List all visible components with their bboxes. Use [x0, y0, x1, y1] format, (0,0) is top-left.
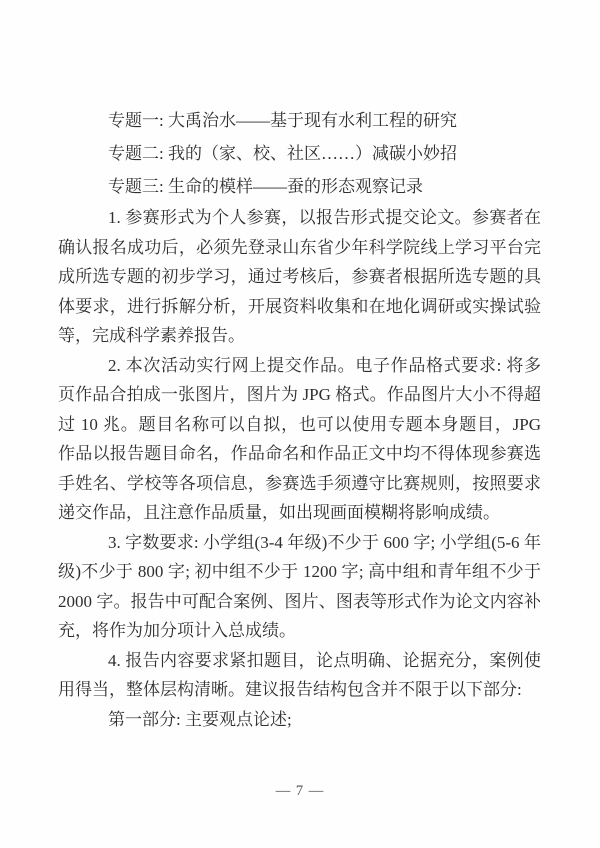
- topic-line-2: 专题二: 我的（家、校、社区……）减碳小妙招: [58, 137, 541, 170]
- paragraph-entry-format: 1. 参赛形式为个人参赛，以报告形式提交论文。参赛者在确认报名成功后，必须先登录…: [58, 203, 541, 351]
- paragraph-report-content: 4. 报告内容要求紧扣题目，论点明确、论据充分，案例使用得当，整体层构清晰。建议…: [58, 646, 541, 705]
- report-outline-item-1: 第一部分: 主要观点论述;: [58, 705, 541, 735]
- paragraph-word-count: 3. 字数要求: 小学组(3-4 年级)不少于 600 字; 小学组(5-6 年…: [58, 528, 541, 646]
- document-body: 专题一: 大禹治水——基于现有水利工程的研究 专题二: 我的（家、校、社区……）…: [58, 104, 541, 734]
- topic-line-1: 专题一: 大禹治水——基于现有水利工程的研究: [58, 104, 541, 137]
- topic-line-3: 专题三: 生命的模样——蚕的形态观察记录: [58, 170, 541, 203]
- paragraph-submission-format: 2. 本次活动实行网上提交作品。电子作品格式要求: 将多页作品合拍成一张图片，图…: [58, 351, 541, 528]
- document-page: 专题一: 大禹治水——基于现有水利工程的研究 专题二: 我的（家、校、社区……）…: [0, 0, 600, 848]
- page-number: — 7 —: [0, 783, 600, 800]
